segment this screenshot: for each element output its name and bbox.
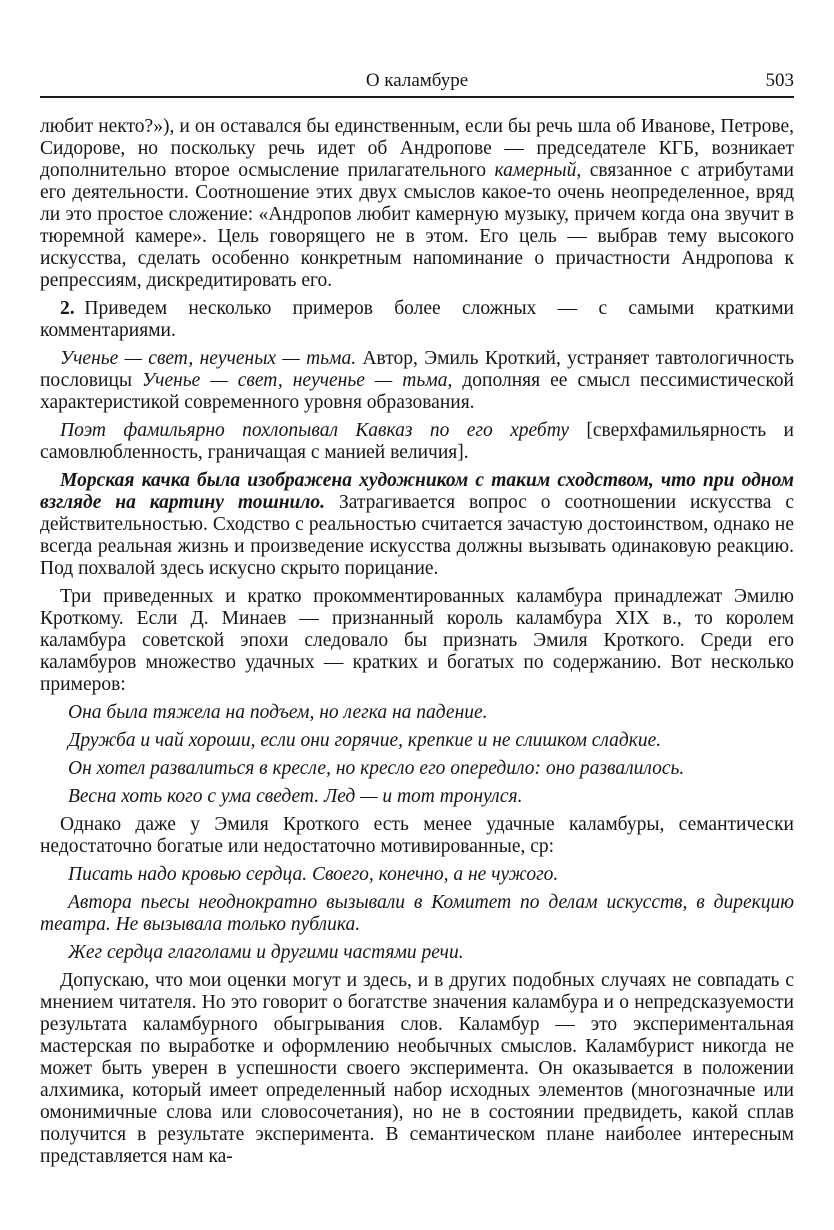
text-run: Жег сердца глаголами и другими частями р…	[68, 942, 464, 963]
text-run: Три приведенных и кратко прокомментирова…	[40, 586, 794, 695]
page-header: О каламбуре 503	[40, 70, 794, 98]
paragraph: Морская качка была изображена художником…	[40, 470, 794, 580]
text-run: Весна хоть кого с ума сведет. Лед — и то…	[68, 786, 522, 807]
text-run: Дружба и чай хороши, если они горячие, к…	[68, 730, 661, 751]
text-block: любит некто?»), и он оставался бы единст…	[40, 98, 794, 1168]
paragraph: 2. Приведем несколько примеров более сло…	[40, 298, 794, 342]
text-run: Ученье — свет, неученье — тьма	[142, 370, 447, 391]
paragraph: Она была тяжела на подъем, но легка на п…	[40, 702, 794, 724]
paragraph: Весна хоть кого с ума сведет. Лед — и то…	[40, 786, 794, 808]
page-number: 503	[468, 70, 794, 92]
text-run: Приведем несколько примеров более сложны…	[40, 298, 794, 341]
paragraph: Допускаю, что мои оценки могут и здесь, …	[40, 970, 794, 1168]
paragraph: Три приведенных и кратко прокомментирова…	[40, 586, 794, 696]
paragraph: Однако даже у Эмиля Кроткого есть менее …	[40, 814, 794, 858]
paragraph: Жег сердца глаголами и другими частями р…	[40, 942, 794, 964]
text-run: 2.	[60, 298, 75, 319]
paragraph: Поэт фамильярно похлопывал Кавказ по его…	[40, 420, 794, 464]
paragraph: Ученье — свет, неученых — тьма. Автор, Э…	[40, 348, 794, 414]
text-run: Ученье — свет, неученых — тьма.	[60, 348, 356, 369]
paragraph: Автора пьесы неоднократно вызывали в Ком…	[40, 892, 794, 936]
running-title: О каламбуре	[366, 70, 468, 92]
paragraph: Писать надо кровью сердца. Своего, конеч…	[40, 864, 794, 886]
text-run: Автора пьесы неоднократно вызывали в Ком…	[40, 892, 794, 935]
paragraph: любит некто?»), и он оставался бы единст…	[40, 116, 794, 292]
text-run: Писать надо кровью сердца. Своего, конеч…	[68, 864, 558, 885]
text-run: камерный	[495, 160, 577, 181]
paragraph: Дружба и чай хороши, если они горячие, к…	[40, 730, 794, 752]
text-run: Поэт фамильярно похлопывал Кавказ по его…	[60, 420, 569, 441]
text-run: Однако даже у Эмиля Кроткого есть менее …	[40, 814, 794, 857]
text-run: Она была тяжела на подъем, но легка на п…	[68, 702, 488, 723]
paragraph: Он хотел развалиться в кресле, но кресло…	[40, 758, 794, 780]
text-run: Допускаю, что мои оценки могут и здесь, …	[40, 970, 794, 1167]
book-page: О каламбуре 503 любит некто?»), и он ост…	[0, 0, 834, 1230]
text-run: Он хотел развалиться в кресле, но кресло…	[68, 758, 684, 779]
